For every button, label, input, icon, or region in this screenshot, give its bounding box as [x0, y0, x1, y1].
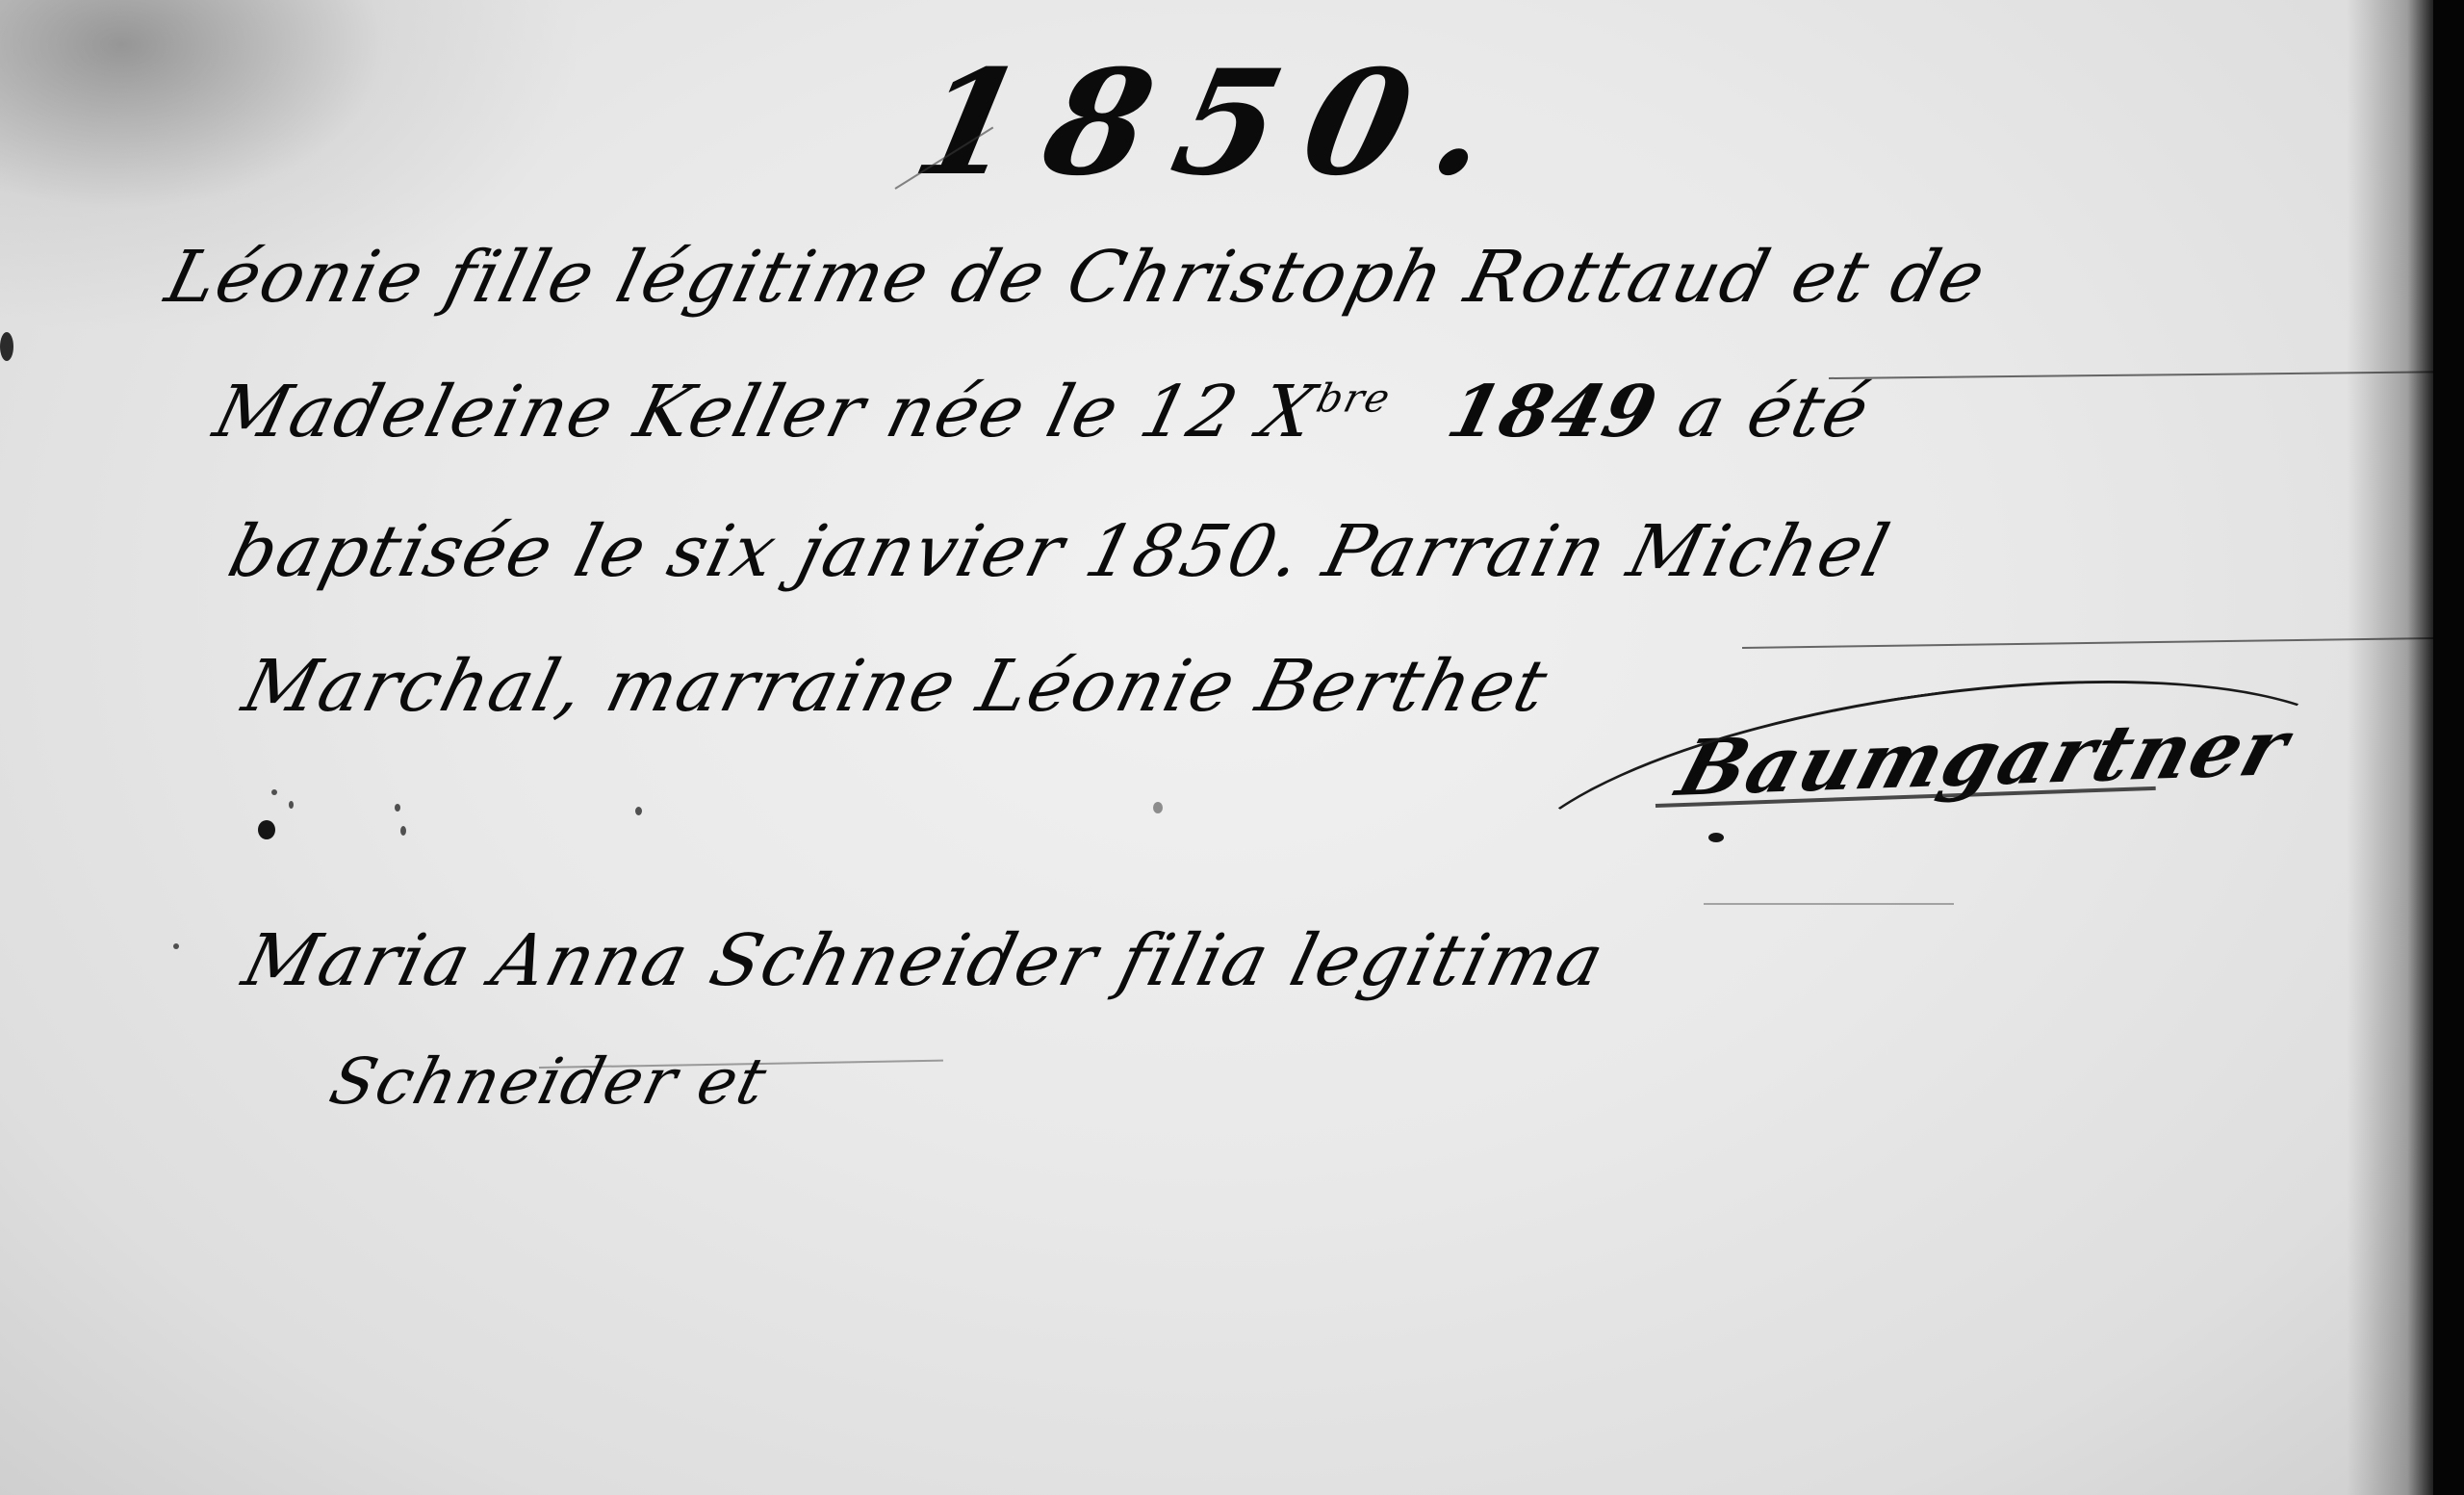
entry-line: Maria Anna Schneider filia legitima — [235, 919, 1613, 1002]
scanned-page: 1850. Léonie fille légitime de Christoph… — [0, 0, 2433, 1495]
entry-line: Schneider et — [322, 1044, 775, 1119]
scan-border — [2433, 0, 2464, 1495]
register-entry-maria-anna: Maria Anna Schneider filia legitima Schn… — [0, 0, 2433, 1495]
